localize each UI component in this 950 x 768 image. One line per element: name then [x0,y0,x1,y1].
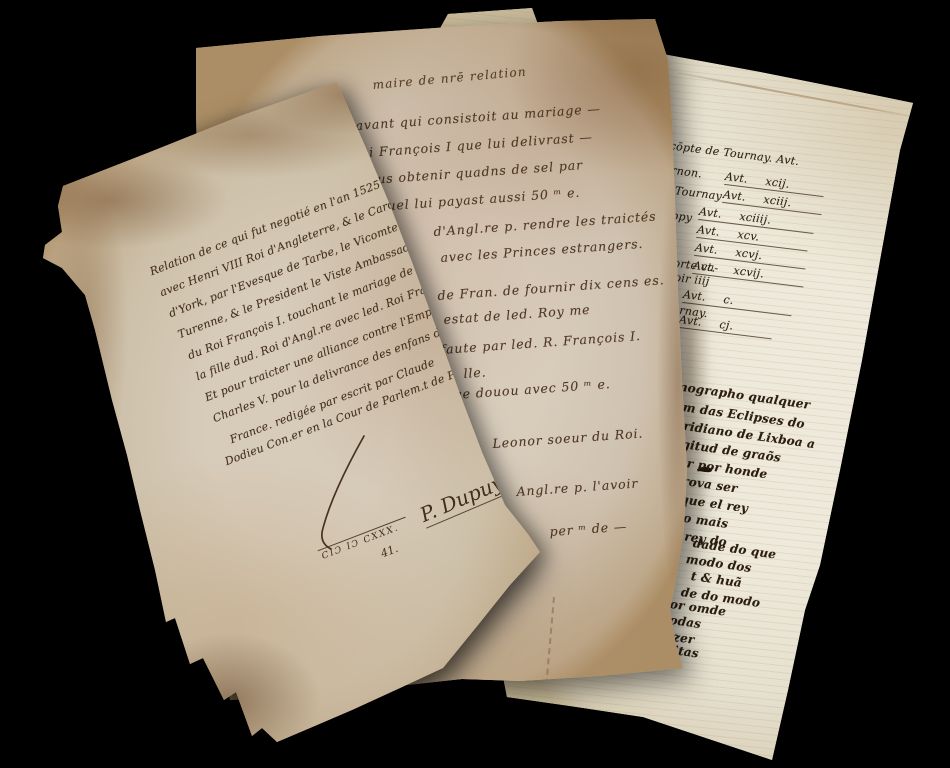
pen-flourish [0,0,950,768]
colophon: CIƆ IƆ CXXX. P. Dupuy. 41. [314,465,528,581]
photo-scene: a cōpte de Tournay. Avt.uernon.de Tourna… [0,0,950,768]
left-manuscript-shadow: CIƆ IƆ CXXX. P. Dupuy. 41. Relation de c… [0,0,950,768]
left-manuscript: CIƆ IƆ CXXX. P. Dupuy. 41. Relation de c… [0,0,950,768]
